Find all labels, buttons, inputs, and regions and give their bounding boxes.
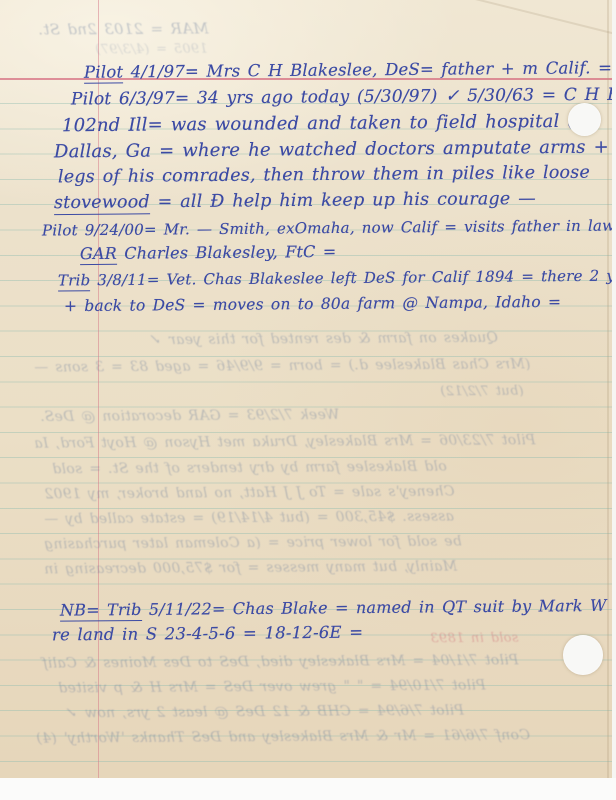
scanner-background-right	[612, 0, 616, 778]
bleedthrough-line: Cheney's sale = To J J Hatt, no land bro…	[44, 484, 455, 503]
bleedthrough-line: (but 7/2/12)	[440, 384, 524, 400]
hole-punch-bottom	[563, 635, 603, 675]
note-line: GAR Charles Blakesley, FtC =	[80, 242, 337, 263]
bleedthrough-line: 1905 = (4/3/97)	[95, 42, 208, 58]
underlined-word: stovewood	[54, 192, 150, 215]
bleedthrough-line: Pilot 7/10/94 = " " grew over DeS = Mrs …	[58, 678, 486, 697]
bleedthrough-line: Mainly, but many messes = for $75,000 de…	[44, 559, 457, 578]
underlined-word: GAR	[80, 244, 117, 265]
underlined-word: Pilot	[84, 62, 123, 83]
bleedthrough-line: MAR = 2103 2nd St.	[38, 19, 209, 38]
note-text: 5/11/22= Chas Blake = named in QT suit b…	[141, 595, 616, 619]
bleedthrough-line: Quakes on farm & des rented for this yea…	[150, 330, 498, 348]
bleedthrough-line: Week 7/2/93 = GAR decoration @ DeS.	[40, 407, 339, 425]
note-line: stovewood = all Ð help him keep up his c…	[54, 189, 536, 213]
bleedthrough-line: assess. $45,300 = (but 4/14/19) = estate…	[44, 509, 454, 528]
bleedthrough-line: old Blakeslee farm by dry tenders of the…	[52, 459, 447, 478]
note-text: = all Ð help him keep up his courage —	[150, 189, 536, 212]
bleedthrough-line-red: sold in 1893	[430, 631, 519, 647]
bleedthrough-line: be sold for lower price = (a Coleman lat…	[44, 534, 462, 553]
note-text: Charles Blakesley, FtC =	[117, 242, 337, 263]
bleedthrough-line: Pilot 7/6/94 = CHB & 12 DeS @ least 2 yr…	[66, 703, 464, 722]
paper-crease	[454, 0, 616, 37]
hole-punch-top	[568, 103, 601, 136]
paper: MAR = 2103 2nd St. 1905 = (4/3/97) Quake…	[0, 0, 612, 778]
underlined-word: NB= Trib	[60, 600, 142, 622]
scanned-page: MAR = 2103 2nd St. 1905 = (4/3/97) Quake…	[0, 0, 616, 800]
note-line: re land in S 23-4-5-6 = 18-12-6E =	[52, 623, 363, 645]
paper-edge-shadow	[607, 0, 609, 778]
scanner-background-bottom	[0, 778, 616, 800]
underlined-word: Trib	[58, 271, 91, 291]
note-text: re land in S 23-4-5-6 = 18-12-6E =	[52, 623, 363, 645]
bleedthrough-line: Pilot 7/1/04 = Mrs Blakesley died, DeS t…	[42, 652, 519, 671]
